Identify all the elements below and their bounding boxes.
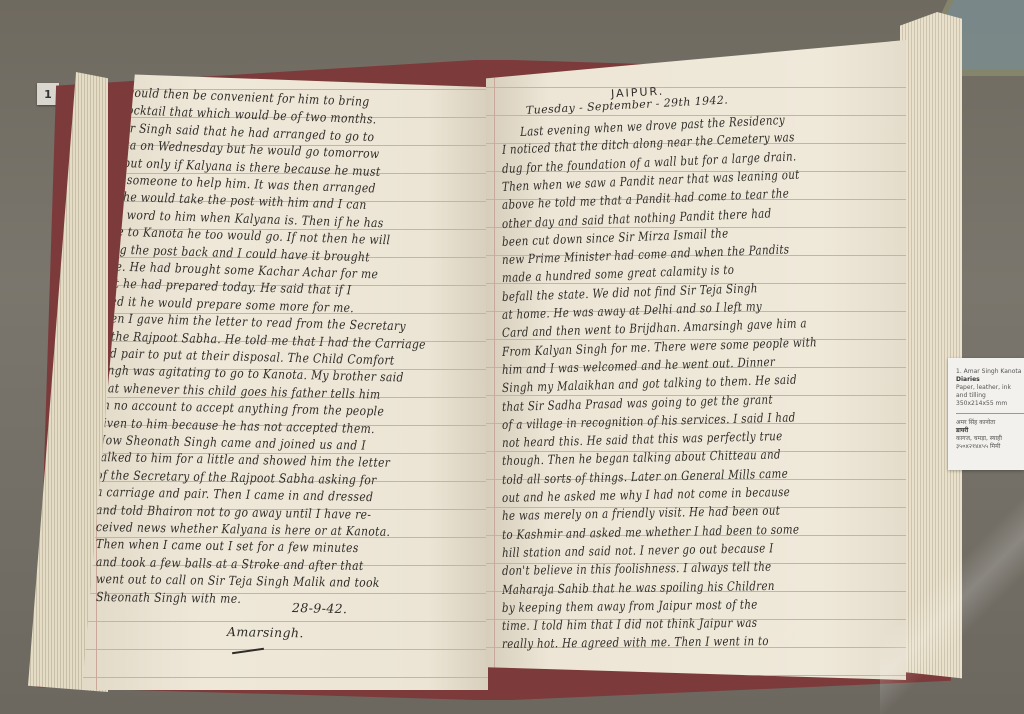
placard-entry: 1. Amar Singh Kanota bbox=[956, 368, 1024, 376]
placard-title: Diaries bbox=[956, 376, 1024, 384]
placard-dimensions: 350x214x55 mm bbox=[956, 400, 1024, 408]
placard-hindi-name: अमर सिंह कानोता bbox=[956, 419, 1024, 427]
handwritten-line: by keeping them away from Jaipur most of… bbox=[502, 596, 758, 614]
museum-placard: 1. Amar Singh Kanota Diaries Paper, leat… bbox=[948, 358, 1024, 470]
case-number: 1 bbox=[44, 88, 52, 101]
entry-date: 28-9-42. bbox=[292, 600, 348, 616]
placard-materials: Paper, leather, ink bbox=[956, 384, 1024, 392]
signature: Amarsingh. bbox=[227, 624, 304, 640]
margin-line bbox=[494, 40, 495, 680]
left-page: It would then be convenient for him to b… bbox=[82, 62, 488, 690]
placard-hindi-dimensions: ३५०x२१४x५५ मिमी bbox=[956, 443, 1024, 451]
placard-hindi-materials: कागज, चमड़ा, स्याही bbox=[956, 435, 1024, 443]
placard-divider bbox=[956, 413, 1024, 414]
placard-materials-cont: and tilling bbox=[956, 392, 1024, 400]
placard-hindi-title: डायरी bbox=[956, 427, 1024, 435]
glass-reflection bbox=[880, 480, 1024, 714]
right-page: JAIPUR. Tuesday - September - 29th 1942.… bbox=[486, 40, 906, 680]
handwritten-line: Sheonath Singh with me. bbox=[96, 589, 241, 606]
